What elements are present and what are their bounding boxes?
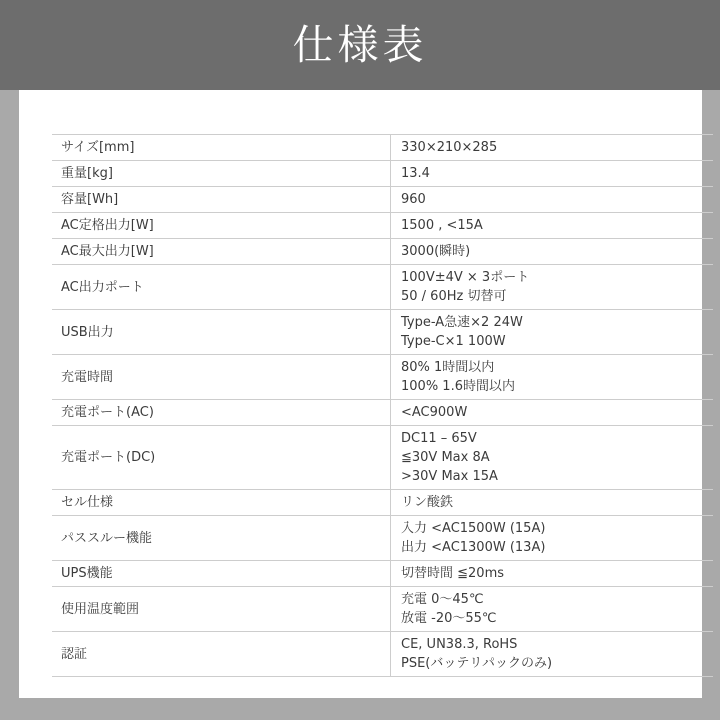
- spec-value-line: Type-C×1 100W: [401, 332, 705, 351]
- spec-label: 充電時間: [52, 355, 391, 400]
- spec-value-line: 13.4: [401, 164, 705, 183]
- table-row: UPS機能 切替時間 ≦20ms: [52, 561, 713, 587]
- table-row: AC定格出力[W] 1500 , <15A: [52, 213, 713, 239]
- spec-label: 充電ポート(AC): [52, 400, 391, 426]
- spec-value: 13.4: [391, 161, 714, 187]
- spec-label: UPS機能: [52, 561, 391, 587]
- spec-value-line: 3000(瞬時): [401, 242, 705, 261]
- spec-label: 認証: [52, 632, 391, 677]
- spec-value-line: <AC900W: [401, 403, 705, 422]
- table-row: サイズ[mm] 330×210×285: [52, 135, 713, 161]
- spec-value: CE, UN38.3, RoHS PSE(バッテリパックのみ): [391, 632, 714, 677]
- table-row: パススルー機能 入力 <AC1500W (15A) 出力 <AC1300W (1…: [52, 516, 713, 561]
- spec-label: 重量[kg]: [52, 161, 391, 187]
- table-row: 重量[kg] 13.4: [52, 161, 713, 187]
- spec-value-line: 出力 <AC1300W (13A): [401, 538, 705, 557]
- spec-value-line: リン酸鉄: [401, 493, 705, 512]
- spec-value-line: 充電 0〜45℃: [401, 590, 705, 609]
- table-row: セル仕様 リン酸鉄: [52, 490, 713, 516]
- spec-label: 使用温度範囲: [52, 587, 391, 632]
- spec-value: 3000(瞬時): [391, 239, 714, 265]
- spec-label: 容量[Wh]: [52, 187, 391, 213]
- spec-value-line: 330×210×285: [401, 138, 705, 157]
- table-row: 充電時間 80% 1時間以内 100% 1.6時間以内: [52, 355, 713, 400]
- spec-value: <AC900W: [391, 400, 714, 426]
- spec-label: 充電ポート(DC): [52, 426, 391, 490]
- spec-value-line: 80% 1時間以内: [401, 358, 705, 377]
- spec-table: サイズ[mm] 330×210×285 重量[kg] 13.4 容量[Wh] 9…: [52, 134, 713, 677]
- table-row: 認証 CE, UN38.3, RoHS PSE(バッテリパックのみ): [52, 632, 713, 677]
- spec-value: Type-A急速×2 24W Type-C×1 100W: [391, 310, 714, 355]
- table-row: 充電ポート(AC) <AC900W: [52, 400, 713, 426]
- spec-value: 1500 , <15A: [391, 213, 714, 239]
- table-row: 使用温度範囲 充電 0〜45℃ 放電 -20〜55℃: [52, 587, 713, 632]
- spec-value-line: DC11 – 65V: [401, 429, 705, 448]
- spec-value-line: Type-A急速×2 24W: [401, 313, 705, 332]
- spec-value: 切替時間 ≦20ms: [391, 561, 714, 587]
- table-row: 容量[Wh] 960: [52, 187, 713, 213]
- spec-label: サイズ[mm]: [52, 135, 391, 161]
- spec-label: セル仕様: [52, 490, 391, 516]
- spec-label: USB出力: [52, 310, 391, 355]
- spec-value: 330×210×285: [391, 135, 714, 161]
- table-row: 充電ポート(DC) DC11 – 65V ≦30V Max 8A >30V Ma…: [52, 426, 713, 490]
- spec-label: パススルー機能: [52, 516, 391, 561]
- spec-value: 入力 <AC1500W (15A) 出力 <AC1300W (13A): [391, 516, 714, 561]
- spec-value-line: 放電 -20〜55℃: [401, 609, 705, 628]
- spec-value-line: 960: [401, 190, 705, 209]
- spec-value: 960: [391, 187, 714, 213]
- spec-value: 充電 0〜45℃ 放電 -20〜55℃: [391, 587, 714, 632]
- table-row: AC出力ポート 100V±4V × 3ポート 50 / 60Hz 切替可: [52, 265, 713, 310]
- spec-value-line: 100V±4V × 3ポート: [401, 268, 705, 287]
- spec-value: リン酸鉄: [391, 490, 714, 516]
- spec-value-line: 100% 1.6時間以内: [401, 377, 705, 396]
- spec-label: AC定格出力[W]: [52, 213, 391, 239]
- spec-value-line: 切替時間 ≦20ms: [401, 564, 705, 583]
- spec-value-line: CE, UN38.3, RoHS: [401, 635, 705, 654]
- spec-value: 100V±4V × 3ポート 50 / 60Hz 切替可: [391, 265, 714, 310]
- spec-label: AC出力ポート: [52, 265, 391, 310]
- spec-value: DC11 – 65V ≦30V Max 8A >30V Max 15A: [391, 426, 714, 490]
- spec-value-line: 50 / 60Hz 切替可: [401, 287, 705, 306]
- spec-value-line: 1500 , <15A: [401, 216, 705, 235]
- spec-value-line: 入力 <AC1500W (15A): [401, 519, 705, 538]
- table-row: USB出力 Type-A急速×2 24W Type-C×1 100W: [52, 310, 713, 355]
- spec-value-line: PSE(バッテリパックのみ): [401, 654, 705, 673]
- header-band: 仕様表: [0, 0, 720, 90]
- spec-value: 80% 1時間以内 100% 1.6時間以内: [391, 355, 714, 400]
- spec-value-line: >30V Max 15A: [401, 467, 705, 486]
- spec-label: AC最大出力[W]: [52, 239, 391, 265]
- table-row: AC最大出力[W] 3000(瞬時): [52, 239, 713, 265]
- content-panel: サイズ[mm] 330×210×285 重量[kg] 13.4 容量[Wh] 9…: [19, 90, 702, 698]
- page-title: 仕様表: [293, 25, 428, 66]
- spec-value-line: ≦30V Max 8A: [401, 448, 705, 467]
